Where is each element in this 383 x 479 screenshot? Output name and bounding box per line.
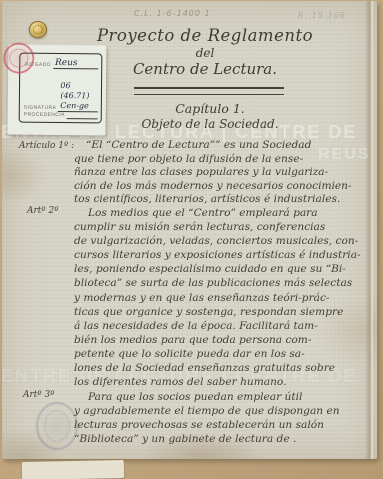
faint-circular-stamp [36, 402, 78, 450]
pencil-annotation-right: R. 15.366 [298, 11, 346, 20]
manuscript-line: petente que lo solicite pueda dar en los… [74, 347, 376, 361]
manuscript-line: lecturas provechosas se establecerán un … [74, 419, 376, 433]
manuscript-line: de vulgarización, veladas, conciertos mu… [74, 234, 376, 248]
pencil-annotation-left: C.L. 1-6-1400 1 [134, 9, 211, 18]
title-line1: Proyecto de Reglamento [80, 26, 330, 45]
manuscript-line: “Biblioteca” y un gabinete de lectura de… [74, 433, 376, 447]
manuscript-line: les, poniendo especialísimo cuidado en q… [74, 262, 376, 276]
manuscript-line: que tiene por objeto la difusión de la e… [74, 153, 376, 167]
manuscript-line: Para que los socios puedan emplear útil [74, 391, 376, 405]
manuscript-line: tos científicos, literarios, artísticos … [74, 193, 376, 207]
title-underline-flourish [134, 87, 284, 95]
title-line3: Centro de Lectura. [80, 60, 330, 78]
title-line2: del [80, 46, 330, 60]
manuscript-line: blioteca” se surta de las publicaciones … [74, 276, 376, 290]
manuscript-line: ticas que organice y sostenga, respondan… [74, 305, 376, 319]
article-2-text: Los medios que el “Centro” empleará para… [74, 206, 376, 389]
manuscript-line: ción de los más modernos y necesarios co… [74, 180, 376, 194]
article-1-text: “El “Centro de Lectura”” es una Sociedad… [74, 139, 376, 207]
manuscript-line: Los medios que el “Centro” empleará para [74, 206, 376, 220]
document-title: Proyecto de Reglamento del Centro de Lec… [80, 26, 330, 78]
chapter-subject: Objeto de la Sociedad. [110, 117, 310, 131]
scanned-document: CENTRE DE LECTURA | CENTRE DE REUS CENTR… [0, 0, 383, 479]
manuscript-line: bién los medios para que toda persona co… [74, 333, 376, 347]
label-field3-value [67, 109, 98, 119]
manuscript-line: los diferentes ramos del saber humano. [74, 375, 376, 389]
chapter-heading: Capítulo 1. Objeto de la Sociedad. [110, 101, 310, 131]
article-3-label: Artº 3º [23, 390, 54, 400]
manuscript-line: y modernas y en que las enseñanzas teóri… [74, 291, 376, 305]
manuscript-line: cursos literarios y exposiciones artísti… [74, 248, 376, 262]
manuscript-line: y agradablemente el tiempo de que dispon… [74, 405, 376, 419]
label-field2-value: 06 (46.71) Cen-ge [58, 81, 98, 112]
article-2-label: Artº 2º [27, 206, 58, 216]
label-field3-caption: PROCEDENCIA [24, 112, 65, 118]
article-1-label: Artículo 1º : [19, 141, 74, 151]
manuscript-line: á las necesidades de la época. Facilitar… [74, 319, 376, 333]
manuscript-line: ñanza entre las clases populares y la vu… [74, 166, 376, 180]
article-3-text: Para que los socios puedan emplear útil … [74, 391, 376, 447]
chapter-number: Capítulo 1. [110, 101, 310, 116]
gold-seal [29, 21, 47, 38]
manuscript-line: cumplir su misión serán lecturas, confer… [74, 220, 376, 234]
manuscript-line: “El “Centro de Lectura”” es una Sociedad [74, 139, 376, 153]
paper-scrap-bottom [22, 460, 124, 479]
manuscript-line: lones de la Sociedad enseñanzas gratuita… [74, 361, 376, 375]
